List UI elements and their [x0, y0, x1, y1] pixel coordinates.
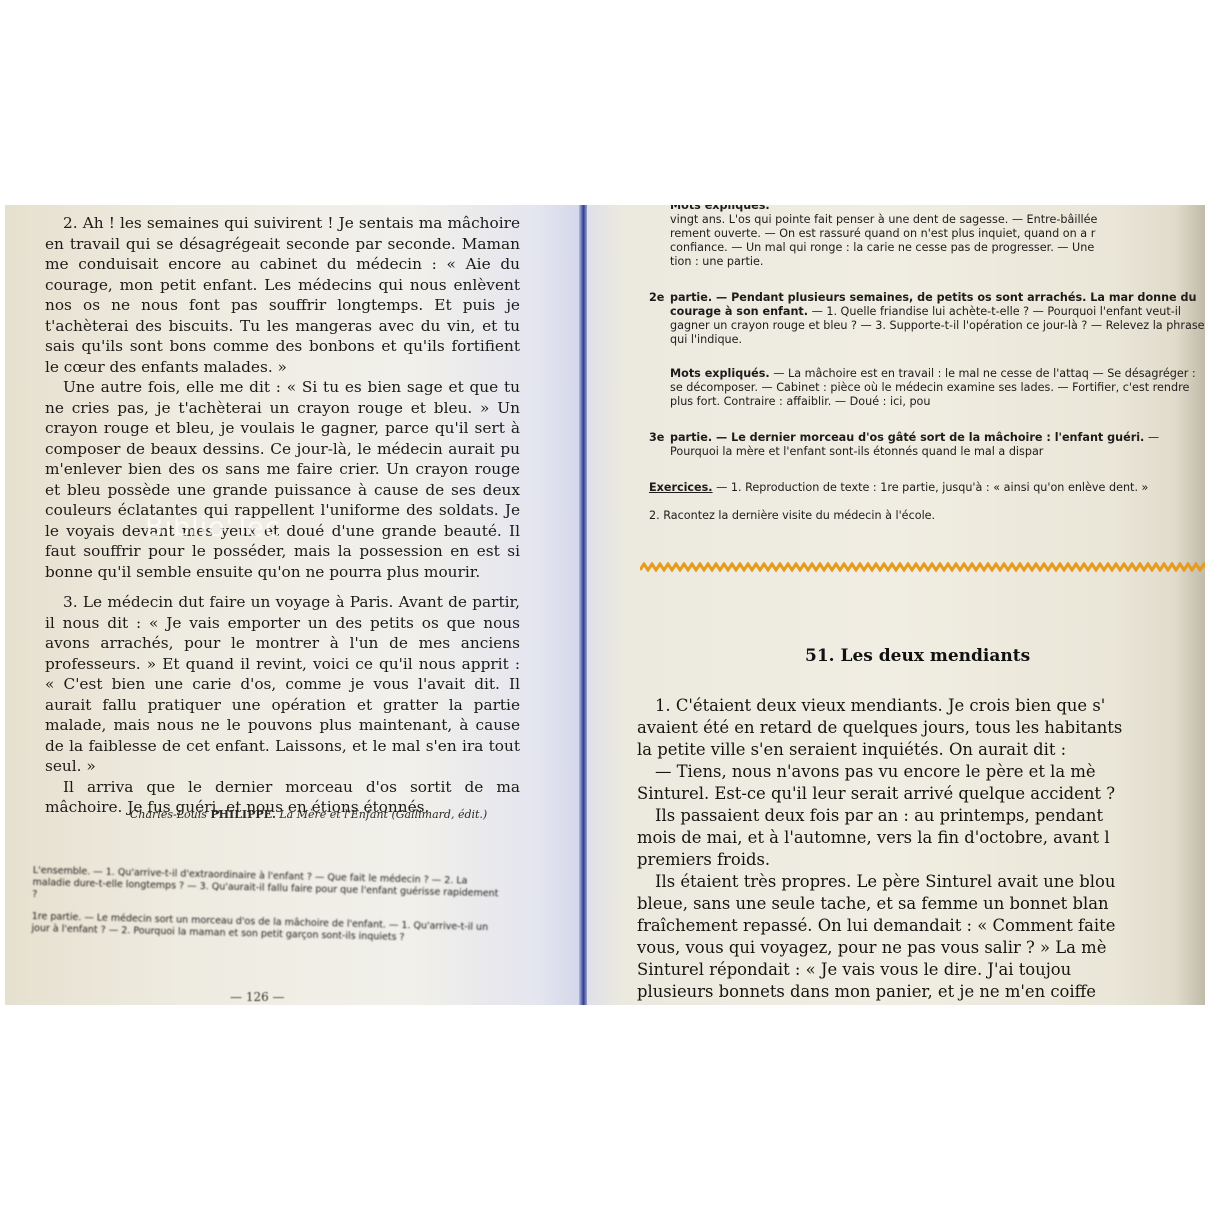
- story-line: Ils passaient deux fois par an : au prin…: [637, 805, 1205, 827]
- mots-expliques-2: Mots expliqués. — La mâchoire est en tra…: [670, 367, 1205, 409]
- page-number: — 126 —: [230, 990, 285, 1004]
- exercice-1: — 1. Reproduction de texte : 1re partie,…: [713, 481, 1149, 494]
- story-line: fraîchement repassé. On lui demandait : …: [637, 915, 1205, 937]
- exercice-2: 2. Racontez la dernière visite du médeci…: [649, 509, 1205, 523]
- story-line: Sinturel répondait : « Je vais vous le d…: [637, 959, 1205, 981]
- note-line: tion : une partie.: [670, 255, 1205, 269]
- story-line: mois de mai, et à l'automne, vers la fin…: [637, 827, 1205, 849]
- story-line: Sinturel. Est-ce qu'il leur serait arriv…: [637, 783, 1205, 805]
- note-line: confiance. — Un mal qui ronge : la carie…: [670, 241, 1205, 255]
- orange-wavy-divider: [640, 562, 1205, 572]
- exercise-notes: Mots expliqués. vingt ans. L'os qui poin…: [649, 205, 1205, 523]
- book-gutter: [579, 205, 587, 1005]
- story-line: bleue, sans une seule tache, et sa femme…: [637, 893, 1205, 915]
- partie-heading: partie. — Le dernier morceau d'os gâté s…: [670, 431, 1144, 444]
- story-line: plusieurs bonnets dans mon panier, et je…: [637, 981, 1205, 1003]
- story-text: 1. C'étaient deux vieux mendiants. Je cr…: [637, 695, 1205, 1005]
- story-line: 1. C'étaient deux vieux mendiants. Je cr…: [637, 695, 1205, 717]
- story-line: vous, vous qui voyagez, pour ne pas vous…: [637, 937, 1205, 959]
- mots-expliques-label: Mots expliqués.: [670, 367, 770, 380]
- citation-publisher: (Gallimard, édit.): [391, 808, 487, 821]
- mots-expliques-1: Mots expliqués. vingt ans. L'os qui poin…: [670, 205, 1205, 269]
- partie-number: 3e: [649, 431, 664, 445]
- question-partie-1: 1re partie. — Le médecin sort un morceau…: [31, 911, 501, 946]
- story-line: premiers froids.: [637, 849, 1205, 871]
- note-line: rement ouverte. — On est rassuré quand o…: [670, 227, 1205, 241]
- left-page: 2. Ah ! les semaines qui suivirent ! Je …: [5, 205, 585, 1005]
- story-line: la petite ville s'en seraient inquiétés.…: [637, 739, 1205, 761]
- story-line: lorsque nous arrivons dans les villes: [637, 1003, 1205, 1005]
- exercices-label: Exercices.: [649, 481, 713, 494]
- paragraph-2b: Une autre fois, elle me dit : « Si tu es…: [45, 377, 520, 582]
- citation-author-last: PHILIPPE.: [210, 808, 275, 821]
- question-ensemble: L'ensemble. — 1. Qu'arrive-t-il d'extrao…: [32, 865, 503, 912]
- partie-number: 2e: [649, 291, 664, 305]
- note-line: vingt ans. L'os qui pointe fait penser à…: [670, 213, 1205, 227]
- mots-expliques-label: Mots expliqués.: [670, 205, 770, 212]
- paragraph-3: 3. Le médecin dut faire un voyage à Pari…: [45, 592, 520, 777]
- watermark: Biblio'Tec: [145, 512, 280, 543]
- paragraph-2: 2. Ah ! les semaines qui suivirent ! Je …: [45, 213, 520, 377]
- partie-3: 3e partie. — Le dernier morceau d'os gât…: [670, 431, 1205, 459]
- citation: Charles-Louis PHILIPPE. La Mère et l'Enf…: [130, 808, 487, 821]
- open-book-photo: 2. Ah ! les semaines qui suivirent ! Je …: [5, 205, 1205, 1005]
- reading-passage: 2. Ah ! les semaines qui suivirent ! Je …: [45, 213, 520, 818]
- story-line: avaient été en retard de quelques jours,…: [637, 717, 1205, 739]
- lesson-title: 51. Les deux mendiants: [805, 646, 1030, 666]
- story-line: — Tiens, nous n'avons pas vu encore le p…: [637, 761, 1205, 783]
- citation-work: La Mère et l'Enfant: [279, 808, 388, 821]
- questions-block: L'ensemble. — 1. Qu'arrive-t-il d'extrao…: [31, 865, 503, 956]
- story-line: Ils étaient très propres. Le père Sintur…: [637, 871, 1205, 893]
- citation-author-first: Charles-Louis: [130, 808, 207, 821]
- partie-2: 2e partie. — Pendant plusieurs semaines,…: [670, 291, 1205, 347]
- exercices: Exercices. — 1. Reproduction de texte : …: [649, 481, 1205, 523]
